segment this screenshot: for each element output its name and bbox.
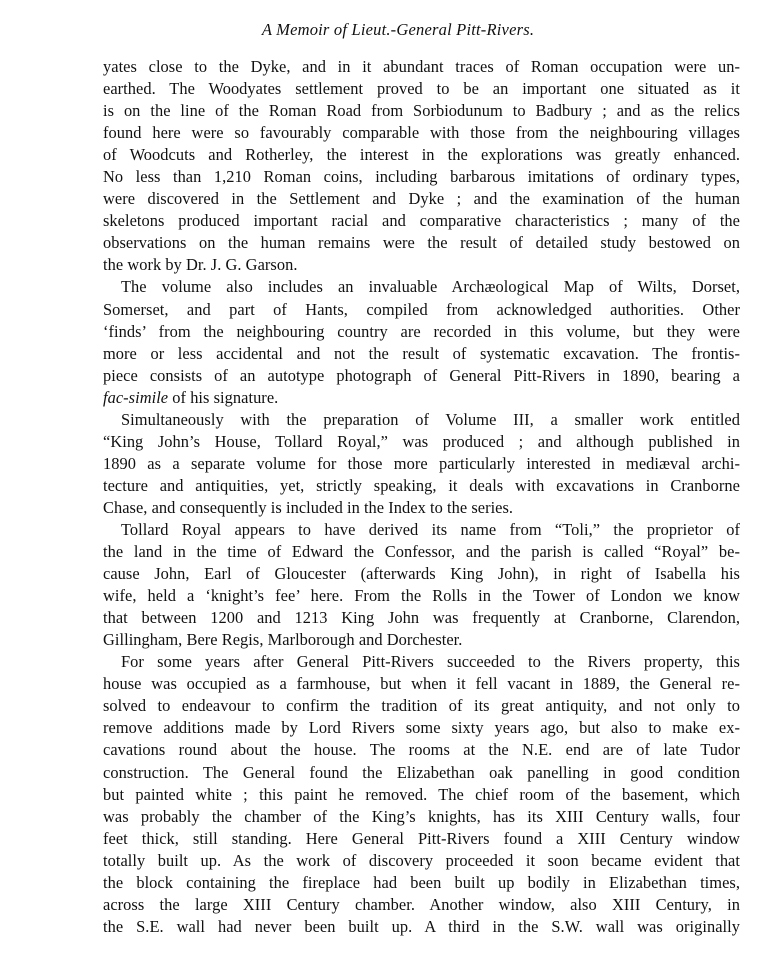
text-line: solved to endeavour to confirm the tradi… bbox=[103, 695, 740, 717]
text-line: For some years after General Pitt-Rivers… bbox=[103, 651, 740, 673]
text-line: remove additions made by Lord Rivers som… bbox=[103, 717, 740, 739]
text-line: 1890 as a separate volume for those more… bbox=[103, 453, 740, 475]
text-line: cause John, Earl of Gloucester (afterwar… bbox=[103, 563, 740, 585]
text-line: the block containing the fireplace had b… bbox=[103, 872, 740, 894]
text-line: fac-simile of his signature. bbox=[103, 387, 740, 409]
paragraph-archaeological-map: The volume also includes an invaluable A… bbox=[103, 276, 740, 408]
text-line: skeletons produced important racial and … bbox=[103, 210, 740, 232]
text-line: house was occupied as a farmhouse, but w… bbox=[103, 673, 740, 695]
paragraph-tollard-royal: Tollard Royal appears to have derived it… bbox=[103, 519, 740, 651]
text-line: Chase, and consequently is included in t… bbox=[103, 497, 740, 519]
running-head: A Memoir of Lieut.-General Pitt-Rivers. bbox=[14, 20, 768, 40]
text-line: “King John’s House, Tollard Royal,” was … bbox=[103, 431, 740, 453]
text-line: observations on the human remains were t… bbox=[103, 232, 740, 254]
italic-term: fac-simile bbox=[103, 388, 168, 407]
paragraph-continuation-woodyates: yates close to the Dyke, and in it abund… bbox=[103, 56, 740, 276]
text-line: is on the line of the Roman Road from So… bbox=[103, 100, 740, 122]
text-line: the S.E. wall had never been built up. A… bbox=[103, 916, 740, 938]
body-text: yates close to the Dyke, and in it abund… bbox=[103, 56, 740, 938]
text-line: found here were so favourably comparable… bbox=[103, 122, 740, 144]
text-line: No less than 1,210 Roman coins, includin… bbox=[103, 166, 740, 188]
text-fragment: of his signature. bbox=[168, 388, 278, 407]
text-line: was probably the chamber of the King’s k… bbox=[103, 806, 740, 828]
text-line: but painted white ; this paint he remove… bbox=[103, 784, 740, 806]
text-line: Somerset, and part of Hants, compiled fr… bbox=[103, 299, 740, 321]
text-line: were discovered in the Settlement and Dy… bbox=[103, 188, 740, 210]
text-line: earthed. The Woodyates settlement proved… bbox=[103, 78, 740, 100]
text-line: tecture and antiquities, yet, strictly s… bbox=[103, 475, 740, 497]
text-line: the work by Dr. J. G. Garson. bbox=[103, 254, 740, 276]
book-page: A Memoir of Lieut.-General Pitt-Rivers. … bbox=[0, 0, 768, 967]
text-line: The volume also includes an invaluable A… bbox=[103, 276, 740, 298]
text-line: Tollard Royal appears to have derived it… bbox=[103, 519, 740, 541]
text-line: Simultaneously with the preparation of V… bbox=[103, 409, 740, 431]
text-line: that between 1200 and 1213 King John was… bbox=[103, 607, 740, 629]
text-line: across the large XIII Century chamber. A… bbox=[103, 894, 740, 916]
text-line: more or less accidental and not the resu… bbox=[103, 343, 740, 365]
text-line: cavations round about the house. The roo… bbox=[103, 739, 740, 761]
text-line: piece consists of an autotype photograph… bbox=[103, 365, 740, 387]
text-line: Gillingham, Bere Regis, Marlborough and … bbox=[103, 629, 740, 651]
text-line: the land in the time of Edward the Confe… bbox=[103, 541, 740, 563]
text-line: of Woodcuts and Rotherley, the interest … bbox=[103, 144, 740, 166]
text-line: feet thick, still standing. Here General… bbox=[103, 828, 740, 850]
text-line: construction. The General found the Eliz… bbox=[103, 762, 740, 784]
paragraph-farmhouse-restoration: For some years after General Pitt-Rivers… bbox=[103, 651, 740, 938]
text-line: wife, held a ‘knight’s fee’ here. From t… bbox=[103, 585, 740, 607]
text-line: totally built up. As the work of discove… bbox=[103, 850, 740, 872]
text-line: yates close to the Dyke, and in it abund… bbox=[103, 56, 740, 78]
text-line: ‘finds’ from the neighbouring country ar… bbox=[103, 321, 740, 343]
paragraph-king-johns-house: Simultaneously with the preparation of V… bbox=[103, 409, 740, 519]
